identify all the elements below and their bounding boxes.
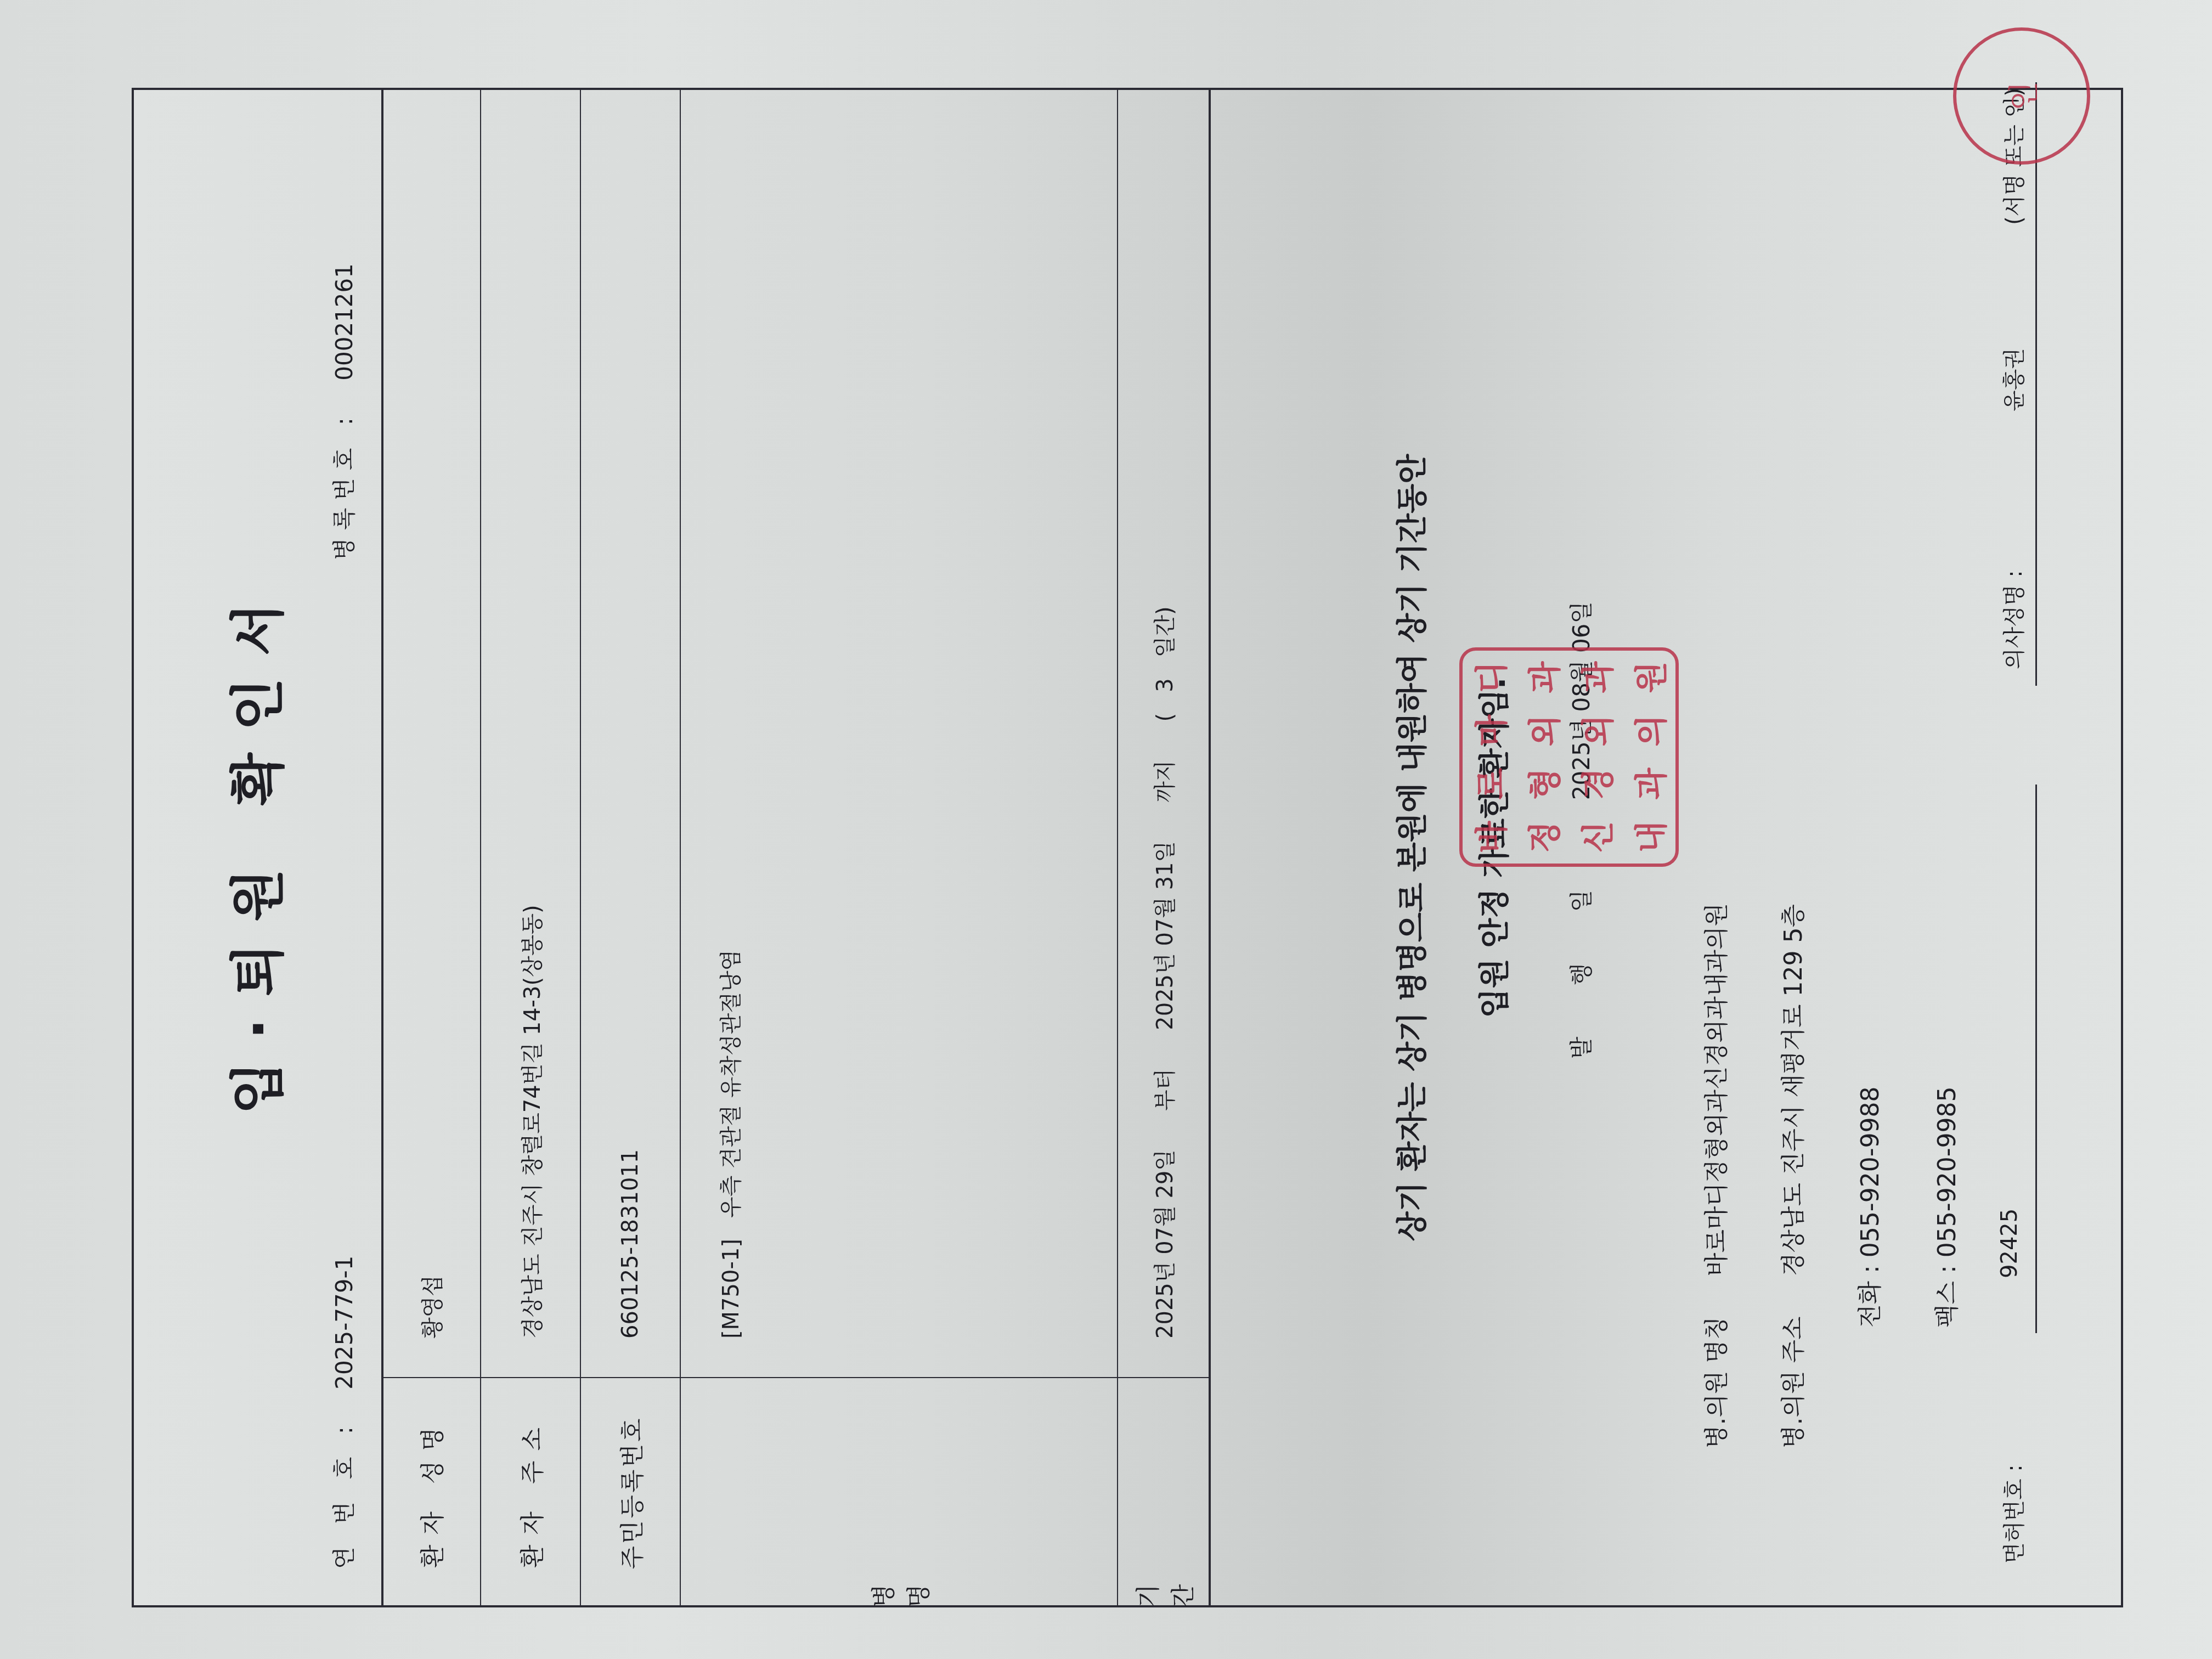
hospital-address-line: 병.의원 주소 경상남도 진주시 새평거로 129 5층 xyxy=(1756,903,1832,1448)
resident-number: 660125-1831011 xyxy=(581,88,680,1377)
seal-glyph: 의 xyxy=(1626,704,1673,757)
document-title: 입·퇴원 확인서 xyxy=(214,88,293,1607)
record-number: 병록번호 : 00021261 xyxy=(326,263,359,560)
seal-glyph: 내 xyxy=(1626,810,1673,864)
hospital-address-label: 병.의원 주소 xyxy=(1756,1284,1832,1448)
seal-glyph: 형 xyxy=(1519,757,1566,810)
seal-glyph: 외 xyxy=(1572,704,1620,757)
hospital-phone-label: 전화 : xyxy=(1857,1265,1884,1328)
hospital-name-label: 병.의원 명칭 xyxy=(1679,1284,1756,1448)
period-to: 2025년 07월 31일 xyxy=(1148,841,1179,1030)
table-row-patient-name: 환자 성명 황영섭 xyxy=(381,88,481,1607)
table-row-resident-number: 주민등록번호 660125-1831011 xyxy=(581,88,681,1607)
serial-value: 2025-779-1 xyxy=(331,1256,358,1390)
period-from: 2025년 07월 29일 xyxy=(1148,1149,1179,1339)
hospital-fax: 055-920-9985 xyxy=(1933,1086,1961,1257)
seal-glyph: 과 xyxy=(1519,651,1566,704)
hospital-phone: 055-920-9988 xyxy=(1857,1086,1884,1257)
row-label: 기 간 xyxy=(1118,1377,1209,1607)
hospital-fax-line: 팩스 : 055-920-9985 xyxy=(1909,903,1986,1448)
seal-glyph: 신 xyxy=(1572,810,1620,864)
period-days: ( 3 일간) xyxy=(1148,606,1179,721)
seal-glyph: 경 xyxy=(1572,757,1620,810)
seal-glyph: 과 xyxy=(1572,651,1620,704)
serial-number: 연 번 호 : 2025-779-1 xyxy=(326,1256,359,1569)
doctor-seal-text: 인 xyxy=(2000,81,2044,111)
hospital-fax-label: 팩스 : xyxy=(1933,1265,1961,1328)
serial-label: 연 번 호 : xyxy=(331,1419,358,1569)
doctor-seal-stamp: 인 xyxy=(1953,27,2090,165)
doctor-underline xyxy=(2035,82,2037,686)
hospital-seal-stamp: 바로마디정형외과신경외과내과의원 xyxy=(1459,647,1679,867)
patient-name: 황영섭 xyxy=(381,88,480,1377)
row-label: 환자 주소 xyxy=(481,1377,580,1607)
seal-glyph: 외 xyxy=(1519,704,1566,757)
record-value: 00021261 xyxy=(331,263,358,381)
seal-glyph: 원 xyxy=(1626,651,1673,704)
table-row-patient-address: 환자 주소 경상남도 진주시 창렬로74번길 14-3(상봉동) xyxy=(481,88,581,1607)
period-to-suffix: 까지 xyxy=(1148,760,1179,803)
patient-info-table: 환자 성명 황영섭 환자 주소 경상남도 진주시 창렬로74번길 14-3(상봉… xyxy=(381,88,1211,1607)
seal-glyph: 바 xyxy=(1466,810,1513,864)
issue-date-label: 발 행 일 xyxy=(1568,868,1595,1059)
seal-glyph: 정 xyxy=(1519,810,1566,864)
admission-period: 2025년 07월 29일 부터 2025년 07월 31일 까지 ( 3 일간… xyxy=(1118,88,1209,1377)
license-underline xyxy=(2035,785,2037,1333)
doctor-name: 윤홍권 xyxy=(1997,348,2028,411)
seal-glyph: 디 xyxy=(1466,651,1513,704)
diagnosis: [M750-1] 우측 견관절 유착성관절낭염 xyxy=(681,88,1117,1377)
row-label: 환자 성명 xyxy=(381,1377,480,1607)
license-number: 92425 xyxy=(1997,1209,2022,1278)
hospital-address: 경상남도 진주시 새평거로 129 5층 xyxy=(1780,904,1808,1276)
period-from-suffix: 부터 xyxy=(1148,1069,1179,1111)
hospital-name-line: 병.의원 명칭 바로마디정형외과신경외과내과의원 xyxy=(1679,903,1756,1448)
seal-glyph: 마 xyxy=(1466,704,1513,757)
row-label: 병 명 xyxy=(681,1377,1117,1607)
license-label: 면허번호 : xyxy=(1997,1464,2028,1564)
hospital-info: 병.의원 명칭 바로마디정형외과신경외과내과의원 병.의원 주소 경상남도 진주… xyxy=(1679,903,1986,1448)
patient-address: 경상남도 진주시 창렬로74번길 14-3(상봉동) xyxy=(481,88,580,1377)
record-label: 병록번호 : xyxy=(331,410,358,560)
table-row-period: 기 간 2025년 07월 29일 부터 2025년 07월 31일 까지 ( … xyxy=(1118,88,1211,1607)
hospital-name: 바로마디정형외과신경외과내과의원 xyxy=(1703,903,1731,1276)
document-paper: 입·퇴원 확인서 연 번 호 : 2025-779-1 병록번호 : 00021… xyxy=(132,88,2123,1607)
table-row-diagnosis: 병 명 [M750-1] 우측 견관절 유착성관절낭염 xyxy=(681,88,1118,1607)
seal-glyph: 과 xyxy=(1626,757,1673,810)
document-header: 입·퇴원 확인서 연 번 호 : 2025-779-1 병록번호 : 00021… xyxy=(132,88,383,1607)
statement-line-1: 상기 환자는 상기 병명으로 본원에 내원하여 상기 기간동안 xyxy=(1372,88,1454,1607)
row-label: 주민등록번호 xyxy=(581,1377,680,1607)
seal-glyph: 로 xyxy=(1466,757,1513,810)
doctor-name-label: 의사성명 : xyxy=(1997,570,2028,669)
hospital-phone-line: 전화 : 055-920-9988 xyxy=(1832,903,1909,1448)
